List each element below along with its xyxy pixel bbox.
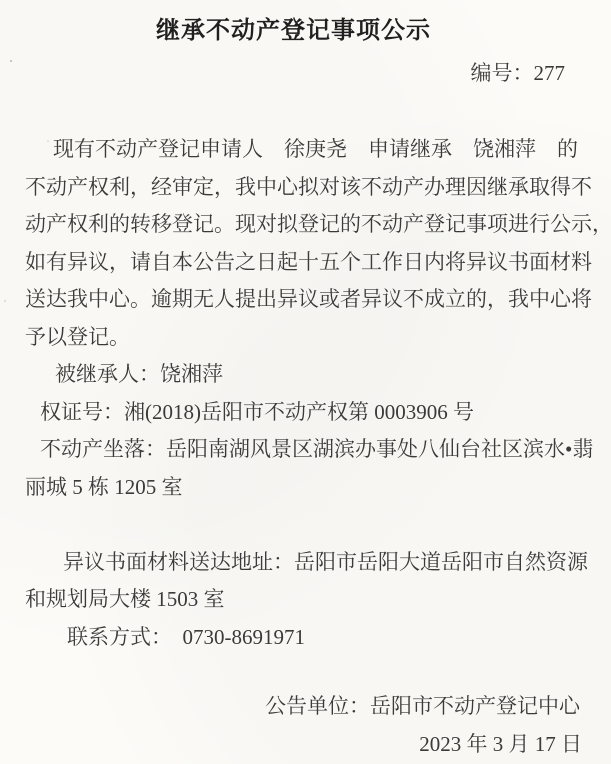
paragraph-line: 现有不动产登记申请人 徐庚尧 申请继承 饶湘萍 的	[25, 131, 590, 169]
property-location-line-1: 不动产坐落：岳阳南湖风景区湖滨办事处八仙台社区滨水•翡	[25, 431, 590, 469]
blank-line	[25, 656, 590, 688]
paragraph-line: 如有异议，请自本公告之日起十五个工作日内将异议书面材料	[25, 244, 590, 282]
scan-speck	[4, 300, 6, 302]
notice-title: 继承不动产登记事项公示	[0, 16, 611, 46]
paragraph-line: 送达我中心。逾期无人提出异议或者异议不成立的，我中心将	[25, 281, 590, 319]
objection-address-line-1: 异议书面材料送达地址：岳阳市岳阳大道岳阳市自然资源	[25, 544, 590, 582]
blank-line	[25, 506, 590, 544]
issuer-line: 公告单位：岳阳市不动产登记中心	[25, 688, 590, 726]
contact-line: 联系方式： 0730-8691971	[25, 619, 590, 657]
certificate-number-line: 权证号：湘(2018)岳阳市不动产权第 0003906 号	[25, 394, 590, 432]
property-location-line-2: 丽城 5 栋 1205 室	[25, 469, 590, 507]
notice-body: 现有不动产登记申请人 徐庚尧 申请继承 饶湘萍 的 不动产权利，经审定，我中心拟…	[0, 131, 611, 763]
paragraph-line: 不动产权利，经审定，我中心拟对该不动产办理因继承取得不	[25, 169, 590, 207]
paragraph-line: 予以登记。	[25, 319, 590, 357]
scan-speck	[10, 60, 12, 62]
date-line: 2023 年 3 月 17 日	[25, 726, 590, 764]
doc-number: 编号：277	[0, 60, 611, 86]
paragraph-line: 动产权利的转移登记。现对拟登记的不动产登记事项进行公示，	[25, 206, 590, 244]
objection-address-line-2: 和规划局大楼 1503 室	[25, 581, 590, 619]
scan-speck	[47, 140, 49, 142]
decedent-line: 被继承人：饶湘萍	[25, 356, 590, 394]
notice-document: 继承不动产登记事项公示 编号：277 现有不动产登记申请人 徐庚尧 申请继承 饶…	[0, 0, 611, 764]
